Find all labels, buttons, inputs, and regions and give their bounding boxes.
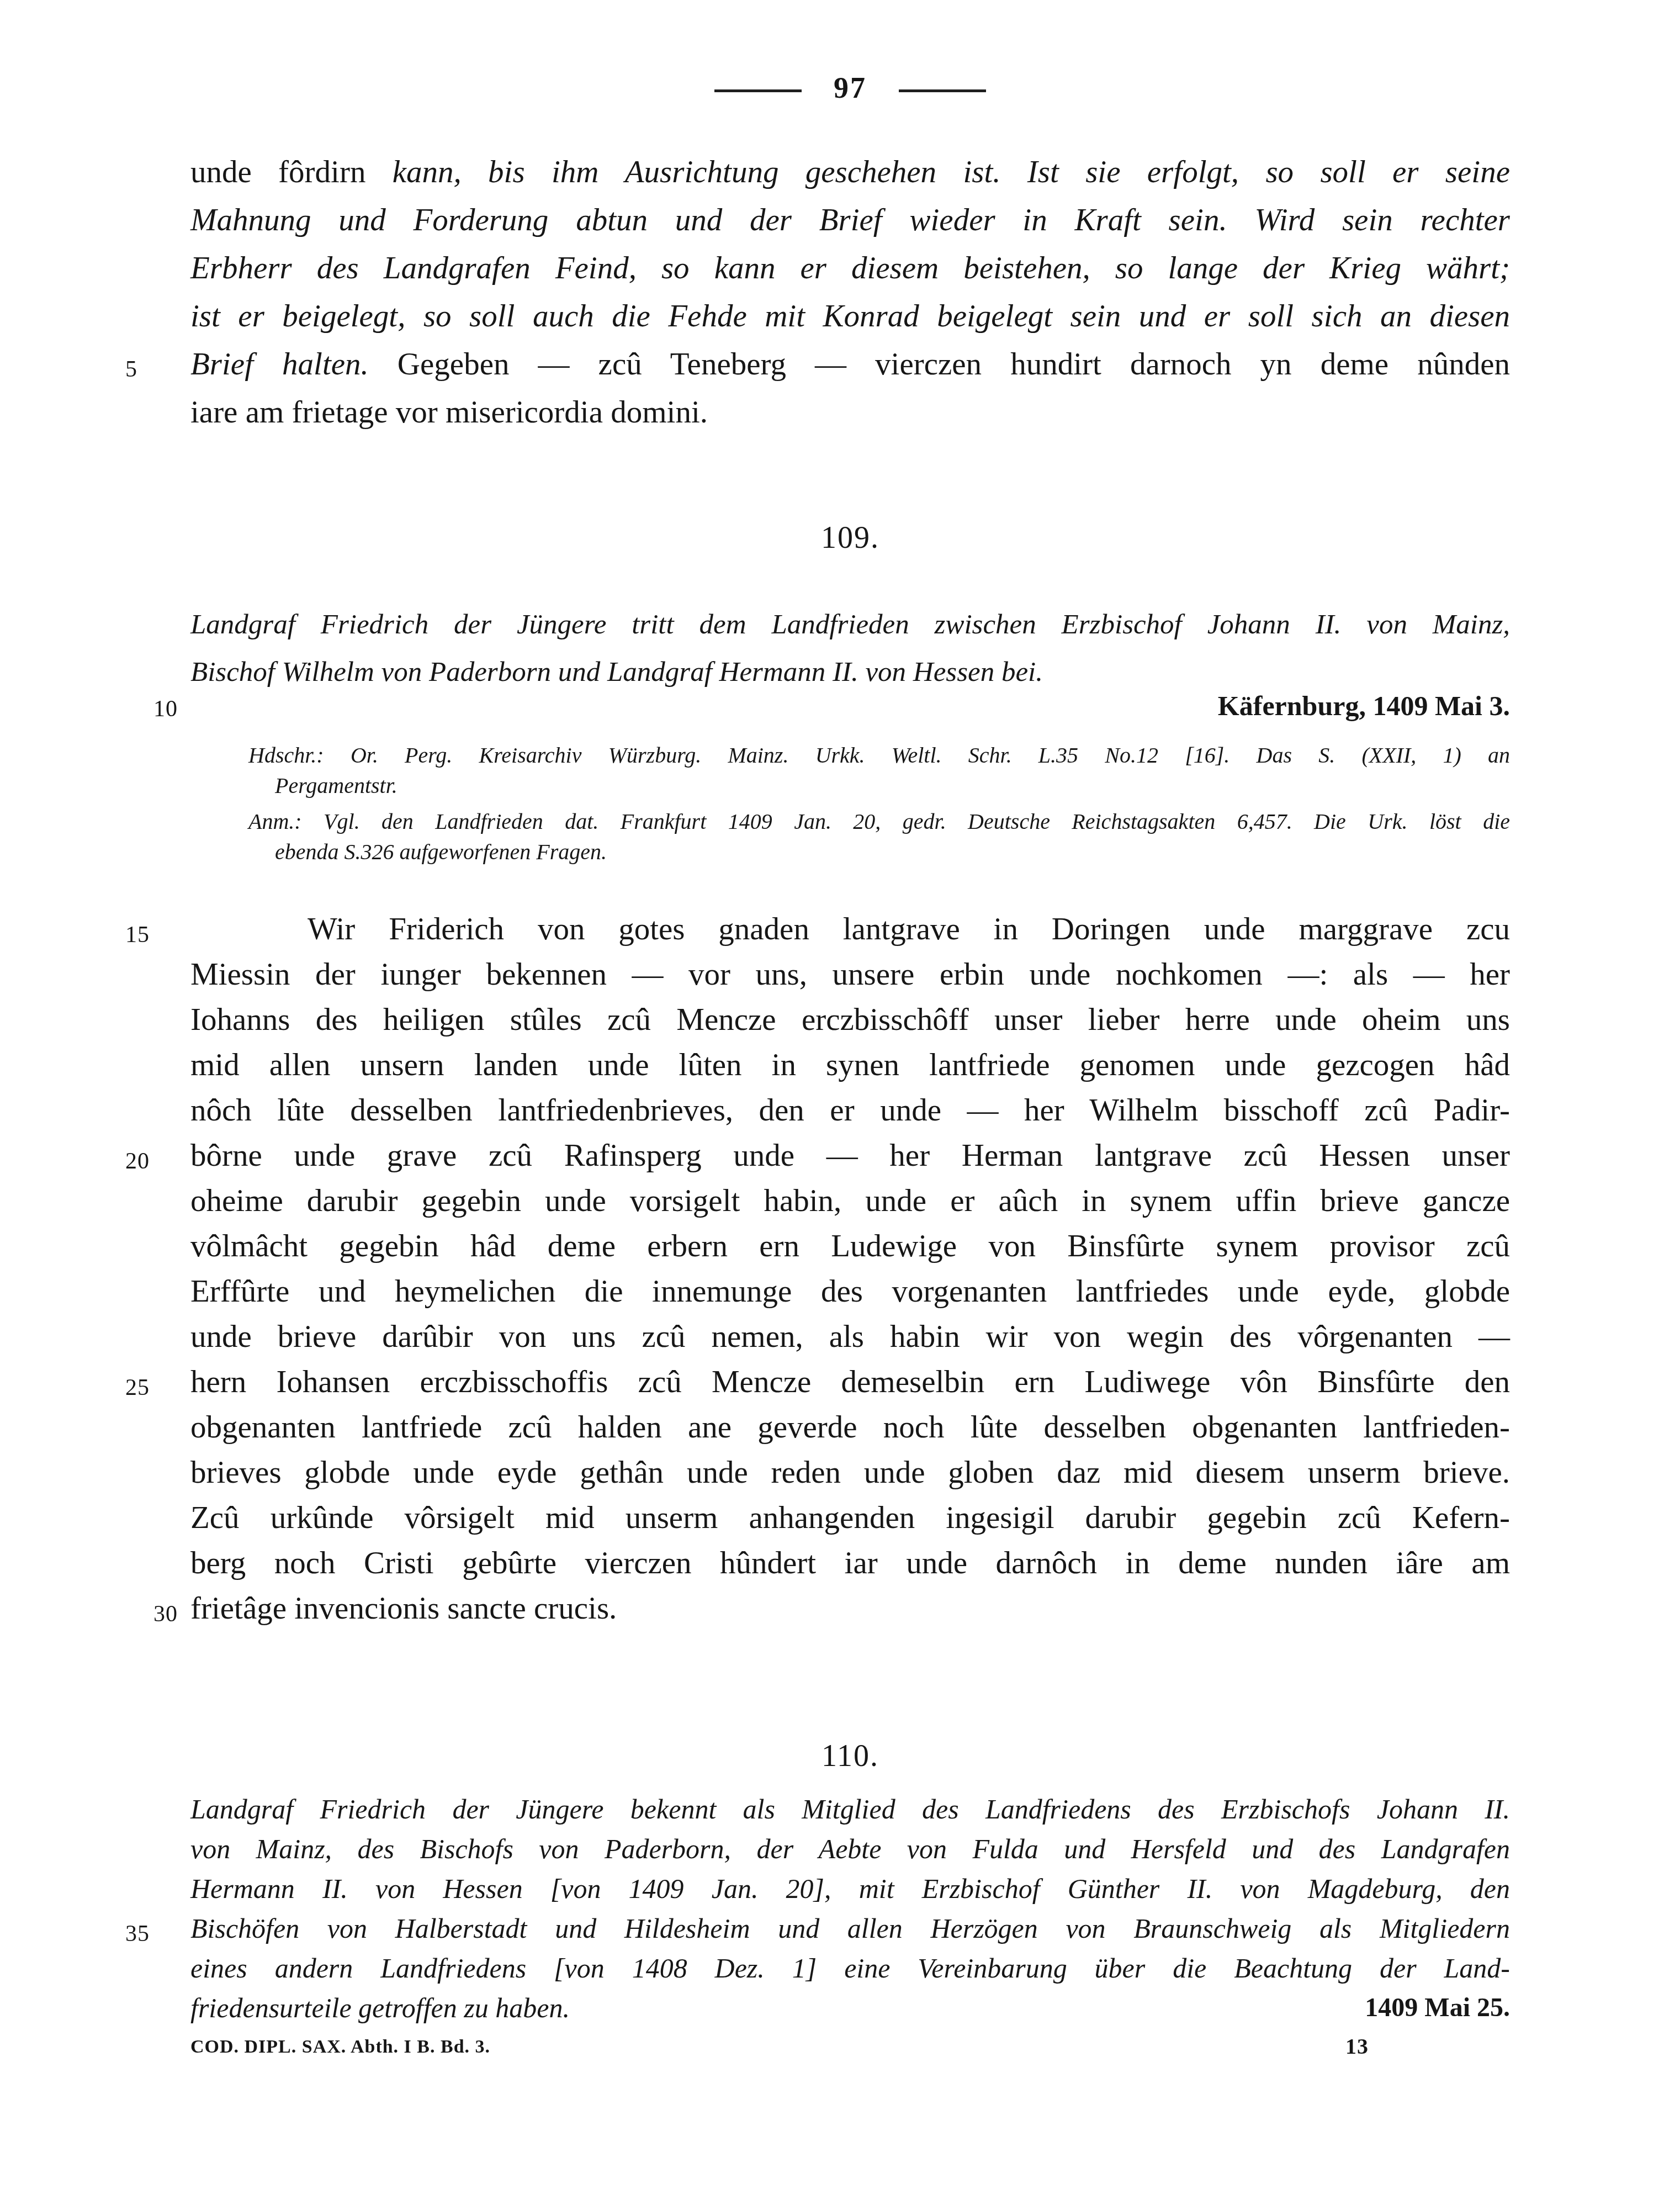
text-line: 35Bischöfen von Halberstadt und Hildeshe…	[190, 1908, 1510, 1948]
scanned-book-page: 97 unde fôrdirn kann, bis ihm Ausrichtun…	[0, 0, 1680, 2189]
note-anm: Anm.: Vgl. den Landfrieden dat. Frankfur…	[248, 806, 1510, 867]
text-line: brieves globde unde eyde gethân unde red…	[190, 1450, 1510, 1495]
margin-line-number: 20	[125, 1139, 178, 1184]
text-line: obgenanten lantfriede zcû halden ane gev…	[190, 1405, 1510, 1450]
page-footer: COD. DIPL. SAX. Abth. I B. Bd. 3. 13	[190, 2037, 1510, 2058]
text-line: unde fôrdirn kann, bis ihm Ausrichtung g…	[190, 148, 1510, 196]
header-rule-right	[899, 89, 986, 92]
margin-line-number: 35	[125, 1914, 178, 1954]
text-line: 25hern Iohansen erczbisschoffis zcû Menc…	[190, 1360, 1510, 1405]
text-line: von Mainz, des Bischofs von Paderborn, d…	[190, 1829, 1510, 1869]
text-line: oheime darubir gegebin unde vorsigelt ha…	[190, 1178, 1510, 1224]
note-label: Hdschr.:	[248, 743, 351, 768]
entry-110-summary: Landgraf Friedrich der Jüngere bekennt a…	[190, 1789, 1510, 2028]
text-line: Mahnung und Forderung abtun und der Brie…	[190, 196, 1510, 244]
text-line: eines andern Landfriedens [von 1408 Dez.…	[190, 1948, 1510, 1988]
margin-line-number: 5	[125, 346, 178, 394]
text-line: friedensurteile getroffen zu haben. 1409…	[190, 1988, 1510, 2028]
entry-109-dateline-row: 10 Käfernburg, 1409 Mai 3.	[190, 689, 1510, 722]
sheet-number: 13	[1345, 2033, 1369, 2059]
text-line: Landgraf Friedrich der Jüngere tritt dem…	[190, 601, 1510, 648]
text-line: Erbherr des Landgrafen Feind, so kann er…	[190, 244, 1510, 292]
continuation-paragraph: unde fôrdirn kann, bis ihm Ausrichtung g…	[190, 148, 1510, 436]
text-line: 15Wir Friderich von gotes gnaden lantgra…	[190, 907, 1510, 952]
text-line: Pergamentstr.	[248, 770, 1510, 801]
text-line: Landgraf Friedrich der Jüngere bekennt a…	[190, 1789, 1510, 1829]
entry-109-summary: Landgraf Friedrich der Jüngere tritt dem…	[190, 601, 1510, 696]
note-hdschr: Hdschr.: Or. Perg. Kreisarchiv Würzburg.…	[248, 740, 1510, 801]
text-line: mid allen unsern landen unde lûten in sy…	[190, 1043, 1510, 1088]
entry-110-dateline: 1409 Mai 25.	[1365, 1988, 1510, 2028]
margin-line-number: 15	[125, 912, 178, 958]
entry-109-apparatus-notes: Hdschr.: Or. Perg. Kreisarchiv Würzburg.…	[190, 740, 1510, 867]
entry-109-body: 15Wir Friderich von gotes gnaden lantgra…	[190, 907, 1510, 1631]
text-line: Iohanns des heiligen stûles zcû Mencze e…	[190, 997, 1510, 1043]
text-line: Erffûrte und heymelichen die innemunge d…	[190, 1269, 1510, 1314]
text-line: iare am frietage vor misericordia domini…	[190, 388, 1510, 436]
text-line: Hermann II. von Hessen [von 1409 Jan. 20…	[190, 1869, 1510, 1908]
text-line: Hdschr.: Or. Perg. Kreisarchiv Würzburg.…	[248, 740, 1510, 770]
margin-line-number: 25	[125, 1365, 178, 1410]
text-line: nôch lûte desselben lantfriedenbrieves, …	[190, 1088, 1510, 1133]
entry-110-number: 110.	[190, 1738, 1510, 1774]
text-line: 20bôrne unde grave zcû Rafinsperg unde —…	[190, 1133, 1510, 1178]
header-rule-left	[714, 89, 802, 92]
text-line: 5Brief halten. Gegeben — zcû Teneberg — …	[190, 340, 1510, 388]
text-line: Zcû urkûnde vôrsigelt mid unserm anhange…	[190, 1495, 1510, 1541]
text-line: ebenda S.326 aufgeworfenen Fragen.	[248, 837, 1510, 867]
text-line: vôlmâcht gegebin hâd deme erbern ern Lud…	[190, 1224, 1510, 1269]
text-line: Anm.: Vgl. den Landfrieden dat. Frankfur…	[248, 806, 1510, 837]
entry-109-number: 109.	[190, 520, 1510, 556]
note-label: Anm.:	[248, 809, 324, 834]
margin-line-number: 30	[125, 1591, 178, 1637]
series-signature: COD. DIPL. SAX. Abth. I B. Bd. 3.	[190, 2037, 490, 2057]
entry-109-dateline: Käfernburg, 1409 Mai 3.	[1218, 690, 1510, 721]
text-line: 30frietâge invencionis sancte crucis.	[190, 1586, 1510, 1631]
text-line: unde brieve darûbir von uns zcû nemen, a…	[190, 1314, 1510, 1360]
text-line: Miessin der iunger bekennen — vor uns, u…	[190, 952, 1510, 997]
text-line: berg noch Cristi gebûrte vierczen hûnder…	[190, 1541, 1510, 1586]
page-header: 97	[190, 71, 1510, 105]
text-line: ist er beigelegt, so soll auch die Fehde…	[190, 292, 1510, 340]
margin-line-number: 10	[125, 692, 178, 726]
page-number: 97	[834, 71, 867, 105]
